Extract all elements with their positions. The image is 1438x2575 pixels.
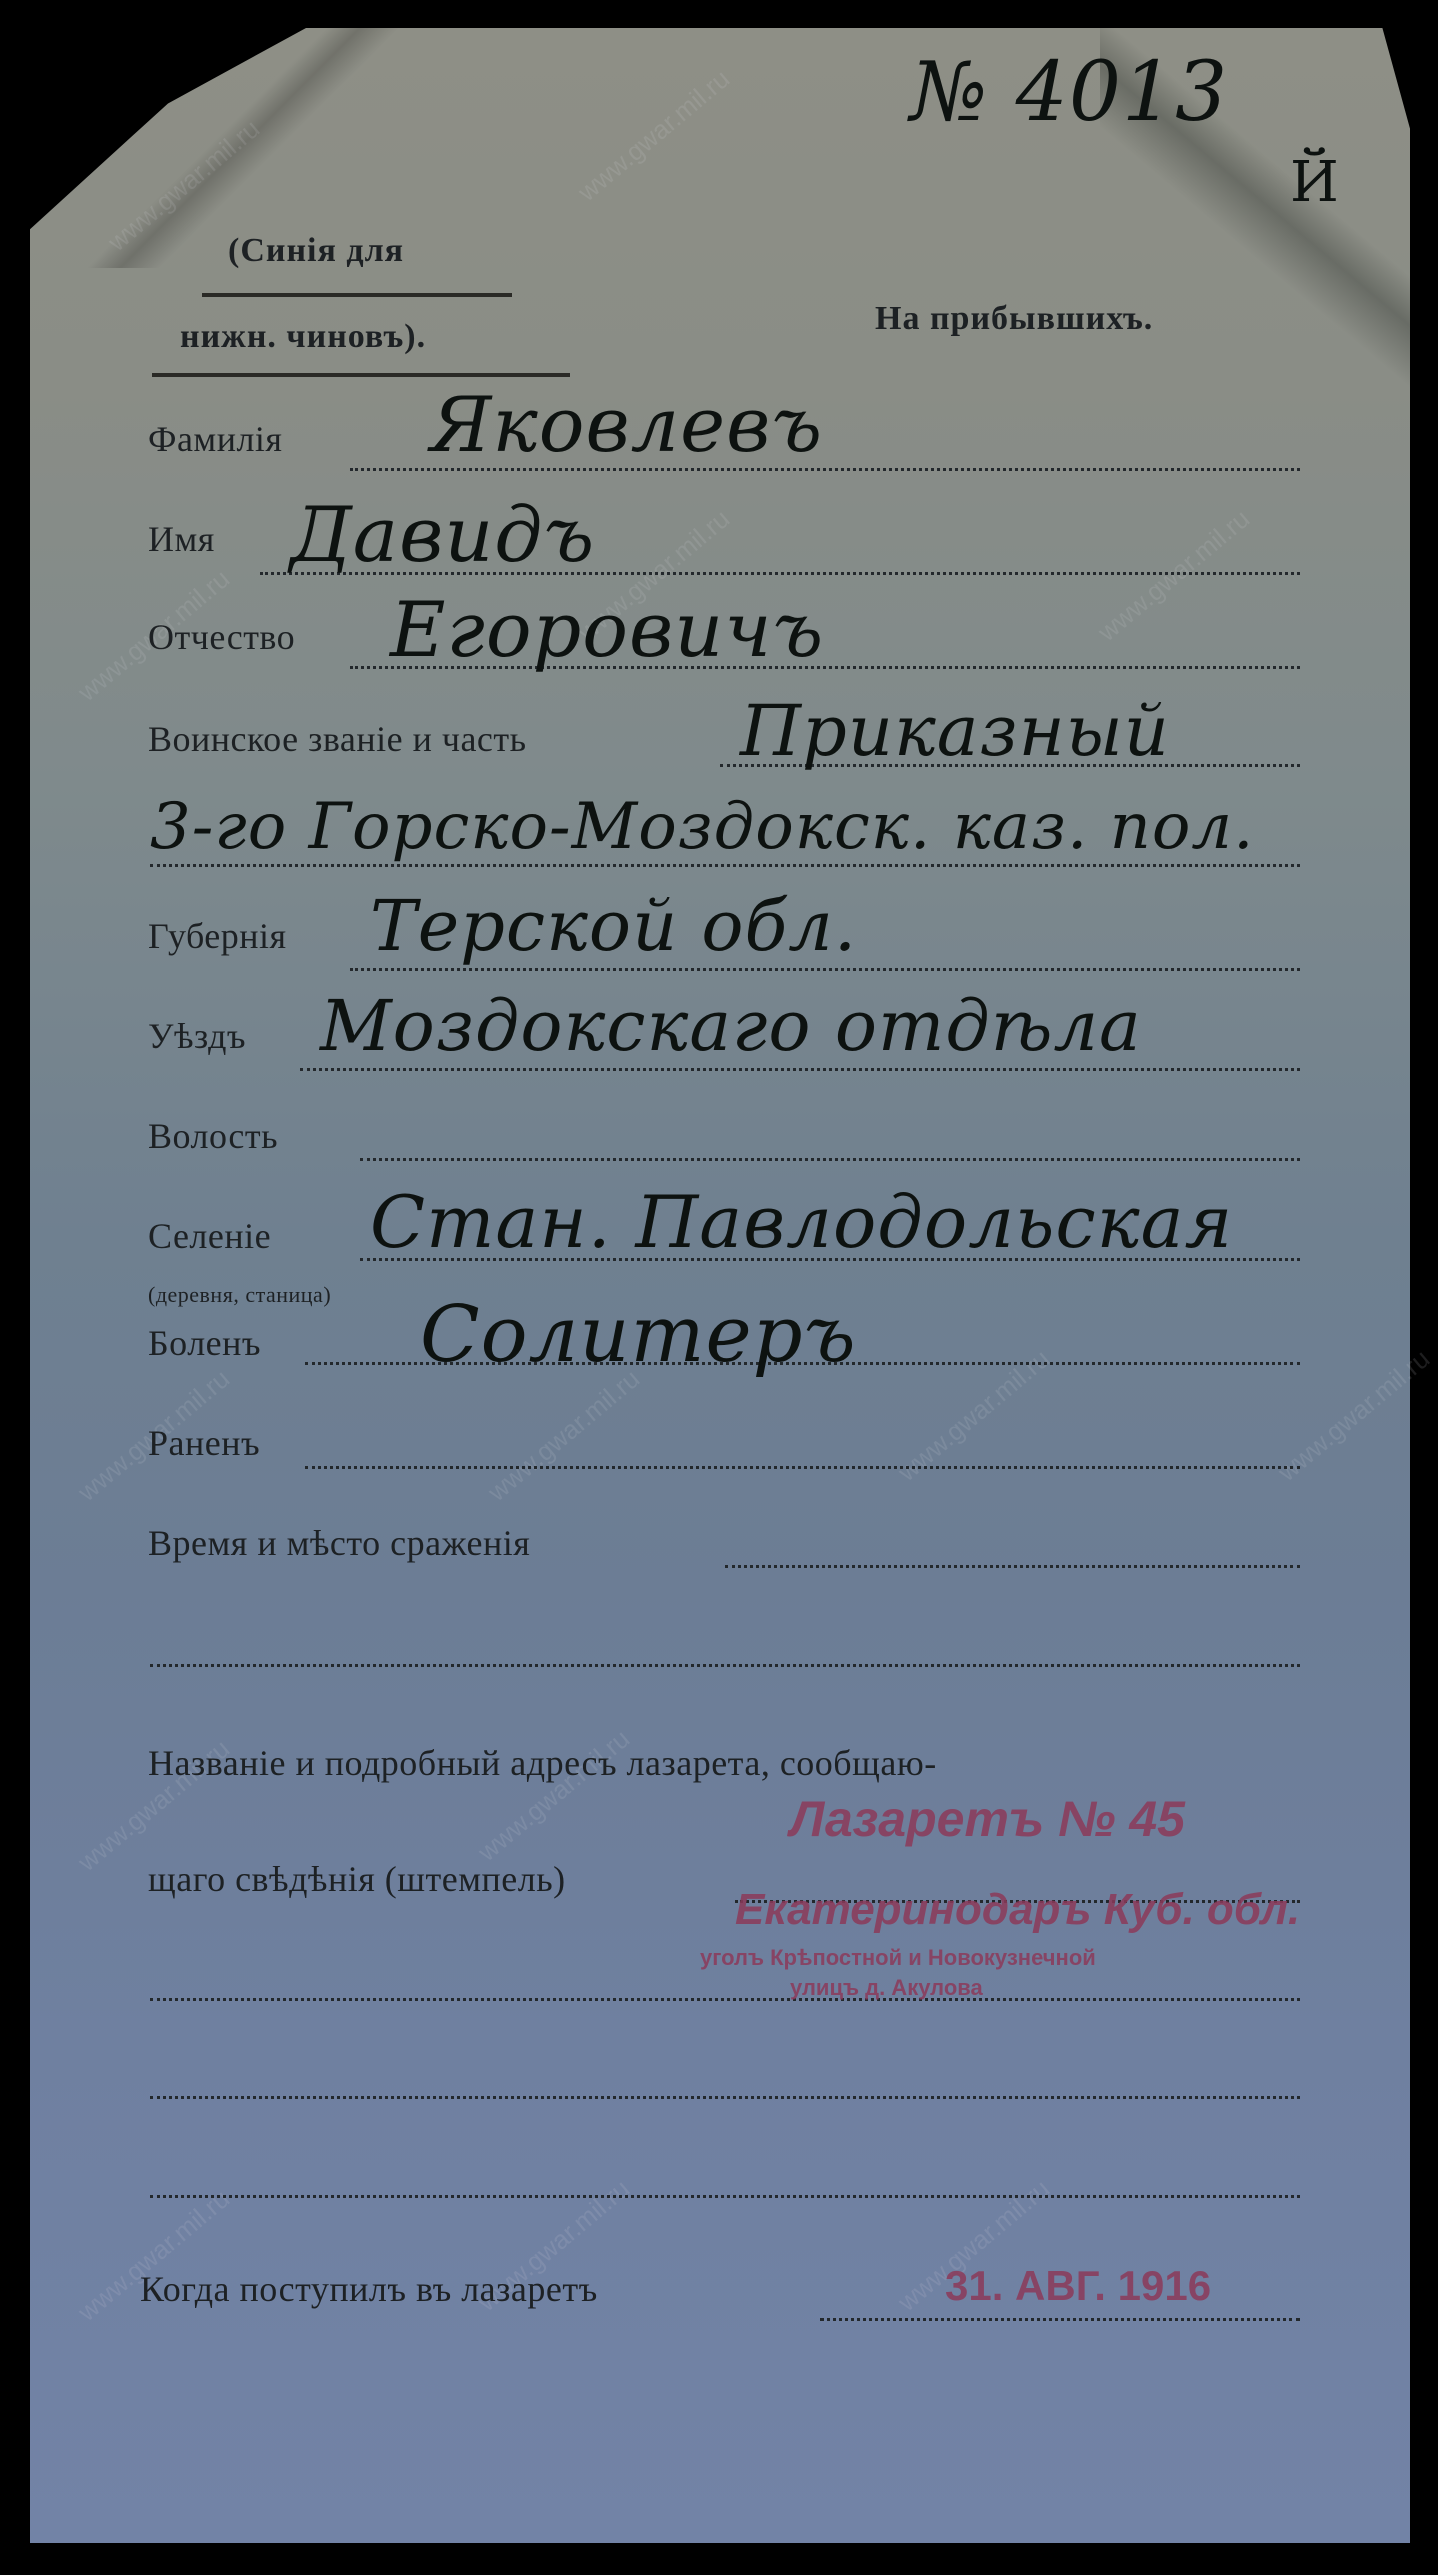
label-battle: Время и мѣсто сраженія	[148, 1522, 530, 1564]
field-line	[725, 1565, 1300, 1568]
value-sick: Солитеръ	[420, 1290, 857, 1380]
value-province: Терской обл.	[370, 885, 857, 967]
label-volost: Волость	[148, 1115, 278, 1157]
field-line	[300, 1068, 1300, 1071]
stamp-hospital-number: Лазаретъ № 45	[790, 1790, 1185, 1848]
value-rank: Приказный	[740, 690, 1170, 772]
value-district: Моздокскаго отдѣла	[320, 985, 1142, 1067]
field-line	[305, 1466, 1300, 1469]
label-surname: Фамилія	[148, 418, 283, 460]
value-patronymic: Егоровичъ	[390, 585, 824, 674]
value-village: Стан. Павлодольская	[370, 1180, 1233, 1264]
value-first-name: Давидъ	[290, 490, 595, 579]
header-arrivals: На прибывшихъ.	[875, 300, 1153, 338]
field-line	[150, 1998, 1300, 2001]
header-rank-class: нижн. чиновъ).	[180, 318, 426, 356]
label-wounded: Раненъ	[148, 1422, 260, 1464]
stamp-address-line1: уголъ Крѣпостной и Новокузнечной	[700, 1945, 1096, 1971]
label-province: Губернія	[148, 915, 287, 957]
label-district: Уѣздъ	[148, 1015, 246, 1057]
stamp-admission-date: 31. АВГ. 1916	[945, 2262, 1211, 2310]
field-line	[820, 2318, 1300, 2321]
corner-mark: Й	[1290, 150, 1340, 215]
label-first-name: Имя	[148, 518, 215, 560]
label-hospital-line2: щаго свѣдѣнія (штемпель)	[148, 1858, 566, 1900]
field-line	[150, 2096, 1300, 2099]
field-line	[360, 1158, 1300, 1161]
header-rule	[152, 373, 570, 377]
header-copy-type: (Синія для	[228, 232, 404, 270]
document-number: № 4013	[910, 45, 1228, 140]
label-admitted: Когда поступилъ въ лазаретъ	[140, 2268, 598, 2310]
field-line	[350, 968, 1300, 971]
stamp-city: Екатеринодаръ Куб. обл.	[735, 1885, 1300, 1935]
label-hospital-line1: Названіе и подробный адресъ лазарета, со…	[148, 1742, 937, 1784]
field-line	[150, 1664, 1300, 1667]
header-rule	[202, 293, 512, 297]
field-line	[150, 864, 1300, 867]
label-patronymic: Отчество	[148, 616, 295, 658]
field-line	[150, 2195, 1300, 2198]
label-village-hint: (деревня, станица)	[148, 1282, 331, 1308]
label-sick: Боленъ	[148, 1322, 261, 1364]
label-rank-unit: Воинское званіе и часть	[148, 718, 527, 760]
stamp-address-line2: улицъ д. Акулова	[790, 1975, 983, 2001]
value-unit: 3-го Горско-Моздокск. каз. пол.	[150, 790, 1255, 864]
value-surname: Яковлевъ	[430, 380, 823, 469]
label-village: Селеніе	[148, 1215, 271, 1257]
